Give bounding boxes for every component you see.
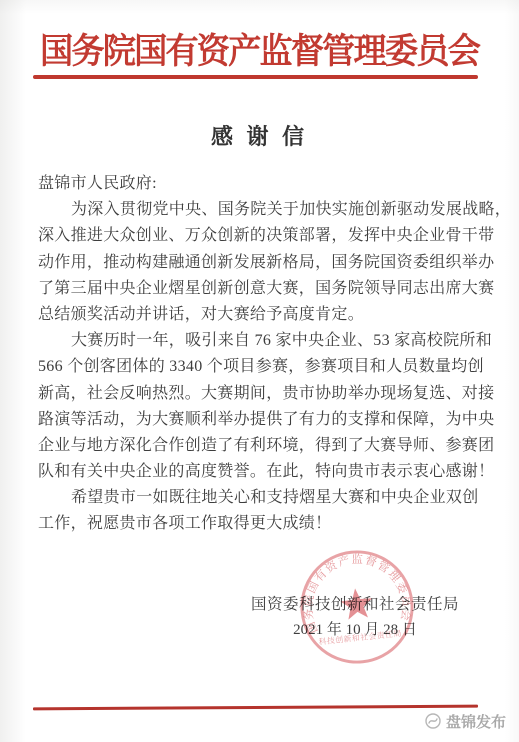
body-line: 企业与地方深化合作创造了有利环境，得到了大赛导师、参赛团 bbox=[38, 433, 480, 459]
body-line: 队和有关中央企业的高度赞誉。在此，特向贵市表示衷心感谢！ bbox=[38, 459, 480, 485]
body-line: 总结颁奖活动并讲话，对大赛给予高度肯定。 bbox=[38, 302, 480, 328]
panjin-release-logo-icon bbox=[425, 713, 441, 729]
body-line: 深入推进大众创业、万众创新的决策部署，发挥中央企业骨干带 bbox=[38, 223, 480, 249]
body-paragraphs: 为深入贯彻党中央、国务院关于加快实施创新驱动发展战略，深入推进大众创业、万众创新… bbox=[38, 197, 480, 537]
body-line: 为深入贯彻党中央、国务院关于加快实施创新驱动发展战略， bbox=[38, 197, 480, 223]
body-line: 路演等活动，为大赛顺利举办提供了有力的支撑和保障，为中央 bbox=[38, 407, 480, 433]
seal-inner-text: 科技创新和社会责任局 bbox=[318, 628, 402, 647]
letter-page: 国务院国有资产监督管理委员会 感 谢 信 盘锦市人民政府: 为深入贯彻党中央、国… bbox=[0, 0, 519, 742]
body-line: 希望贵市一如既往地关心和支持熠星大赛和中央企业双创 bbox=[38, 485, 480, 511]
body-line: 工作，祝愿贵市各项工作取得更大成绩！ bbox=[38, 511, 480, 537]
body-line: 动作用，推动构建融通创新发展新格局，国务院国资委组织举办 bbox=[38, 250, 480, 276]
screenshot-stage: 国务院国有资产监督管理委员会 感 谢 信 盘锦市人民政府: 为深入贯彻党中央、国… bbox=[0, 0, 519, 742]
body-line: 大赛历时一年，吸引来自 76 家中央企业、53 家高校院所和 bbox=[38, 328, 480, 354]
watermark: 盘锦发布 bbox=[425, 710, 506, 732]
body-line: 了第三届中央企业熠星创新创意大赛，国务院领导同志出席大赛 bbox=[38, 276, 480, 302]
seal-star-icon bbox=[339, 587, 374, 620]
body-line: 566 个创客团体的 3340 个项目参赛，参赛项目和人员数量均创 bbox=[38, 354, 480, 380]
letterhead-divider bbox=[33, 75, 478, 79]
body-line: 新高，社会反响热烈。大赛期间，贵市协助举办现场复选、对接 bbox=[38, 381, 480, 407]
bottom-divider bbox=[33, 705, 478, 711]
salutation: 盘锦市人民政府: bbox=[38, 171, 480, 197]
letter-body: 盘锦市人民政府: 为深入贯彻党中央、国务院关于加快实施创新驱动发展战略，深入推进… bbox=[38, 171, 480, 538]
watermark-text: 盘锦发布 bbox=[446, 711, 506, 732]
letterhead-title: 国务院国有资产监督管理委员会 bbox=[13, 24, 506, 74]
official-seal-stamp: 国务院国有资产监督管理委员会 科技创新和社会责任局 bbox=[292, 542, 422, 672]
document-title: 感 谢 信 bbox=[0, 120, 519, 151]
